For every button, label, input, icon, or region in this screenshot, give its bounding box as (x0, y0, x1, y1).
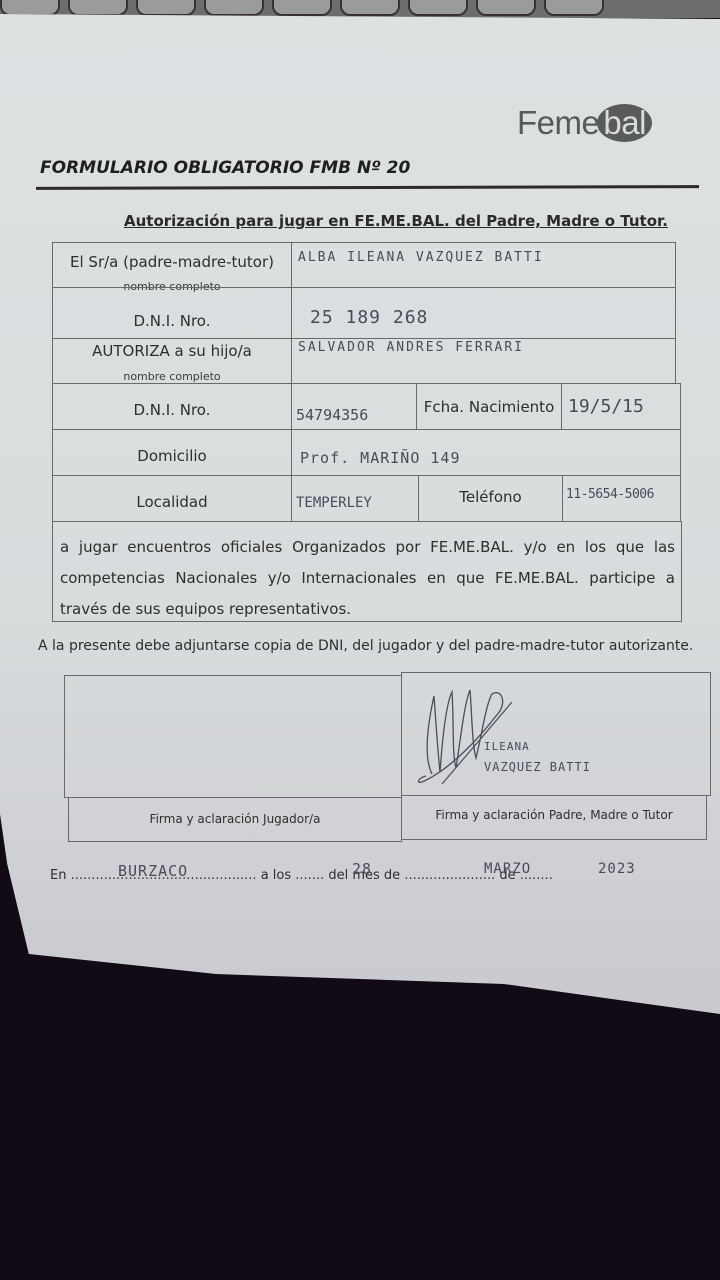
key (136, 0, 196, 16)
authorization-text: a jugar encuentros oficiales Organizados… (60, 532, 675, 625)
guardian-name-field[interactable]: ALBA ILEANA VAZQUEZ BATTI (298, 250, 544, 265)
phone-label: Teléfono (418, 488, 563, 506)
child-sublabel: nombre completo (52, 370, 292, 383)
child-name-field[interactable]: SALVADOR ANDRES FERRARI (298, 340, 524, 355)
guardian-value-cell (291, 242, 676, 288)
key (204, 0, 264, 16)
guardian-clarification-line1: ILEANA (484, 740, 530, 753)
key (0, 0, 60, 16)
player-signature-box[interactable] (64, 675, 402, 798)
femebal-logo: Femebal (517, 104, 652, 142)
place-field[interactable]: BURZACO (118, 862, 188, 880)
city-field[interactable]: TEMPERLEY (296, 495, 372, 511)
key (340, 0, 400, 16)
day-label: a los (261, 868, 291, 883)
guardian-label: El Sr/a (padre-madre-tutor) (52, 253, 292, 271)
birth-label: Fcha. Nacimiento (416, 398, 562, 416)
phone-field[interactable]: 11-5654-5006 (566, 487, 654, 502)
city-label: Localidad (52, 493, 292, 511)
logo-ball-text: bal (597, 104, 652, 142)
guardian-clarification-line2: VAZQUEZ BATTI (484, 760, 591, 774)
attachment-note: A la presente debe adjuntarse copia de D… (38, 638, 693, 654)
guardian-signature-caption: Firma y aclaración Padre, Madre o Tutor (401, 808, 707, 822)
form-subtitle: Autorización para jugar en FE.ME.BAL. de… (124, 212, 668, 230)
address-field[interactable]: Prof. MARIÑO 149 (300, 449, 461, 467)
month-dots: ...................... (404, 868, 495, 883)
logo-text: Feme (517, 104, 599, 141)
day-field[interactable]: 28 (352, 860, 372, 878)
form-title: FORMULARIO OBLIGATORIO FMB Nº 20 (40, 158, 410, 178)
key (476, 0, 536, 16)
child-dni-field[interactable]: 54794356 (296, 406, 368, 424)
year-field[interactable]: 2023 (598, 861, 636, 877)
key (544, 0, 604, 16)
address-label: Domicilio (52, 447, 292, 465)
key (272, 0, 332, 16)
birth-date-field[interactable]: 19/5/15 (568, 396, 644, 417)
month-field[interactable]: MARZO (484, 861, 531, 877)
guardian-dni-field[interactable]: 25 189 268 (310, 307, 428, 328)
player-signature-caption: Firma y aclaración Jugador/a (68, 812, 402, 826)
child-dni-label: D.N.I. Nro. (52, 401, 292, 419)
guardian-dni-label: D.N.I. Nro. (52, 312, 292, 330)
key (408, 0, 468, 16)
place-label: En (50, 868, 66, 883)
key (68, 0, 128, 16)
child-label: AUTORIZA a su hijo/a (52, 342, 292, 360)
day-dots: ....... (295, 868, 324, 883)
